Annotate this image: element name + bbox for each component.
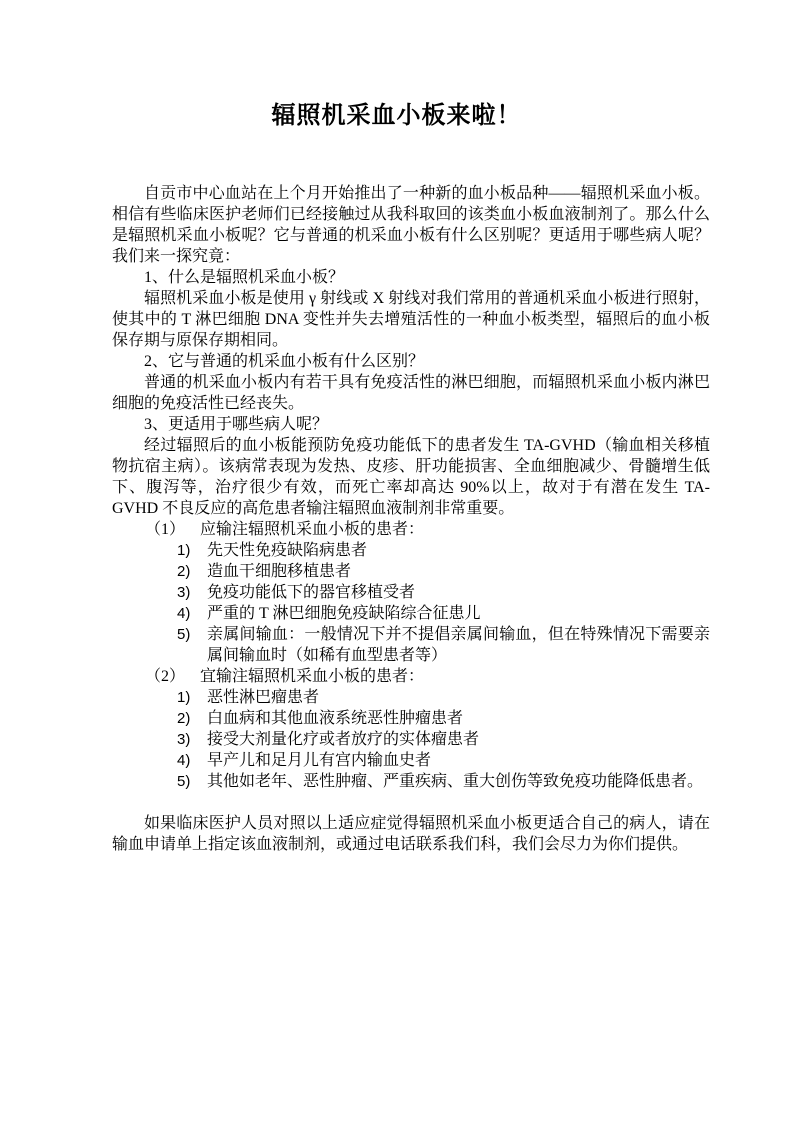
list-item-marker: 3) bbox=[177, 729, 207, 750]
list-item-marker: 4) bbox=[177, 750, 207, 771]
list-item: 2) 白血病和其他血液系统恶性肿瘤患者 bbox=[177, 708, 710, 729]
list-item-marker: 2) bbox=[177, 708, 207, 729]
intro-paragraph: 自贡市中心血站在上个月开始推出了一种新的血小板品种——辐照机采血小板。相信有些临… bbox=[112, 183, 710, 267]
section-3-heading: 3、更适用于哪些病人呢？ bbox=[112, 414, 710, 435]
list-item: 1) 先天性免疫缺陷病患者 bbox=[177, 540, 710, 561]
list-item-marker: 5) bbox=[177, 624, 207, 666]
list-item-text: 早产儿和足月儿有宫内输血史者 bbox=[207, 750, 710, 771]
list-item: 4) 早产儿和足月儿有宫内输血史者 bbox=[177, 750, 710, 771]
list-item: 1) 恶性淋巴瘤患者 bbox=[177, 687, 710, 708]
list-item-text: 亲属间输血：一般情况下并不提倡亲属间输血，但在特殊情况下需要亲属间输血时（如稀有… bbox=[207, 624, 710, 666]
document-body: 自贡市中心血站在上个月开始推出了一种新的血小板品种——辐照机采血小板。相信有些临… bbox=[112, 183, 710, 855]
document-page: 辐照机采血小板来啦！ 自贡市中心血站在上个月开始推出了一种新的血小板品种——辐照… bbox=[0, 0, 793, 1122]
list-item-text: 造血干细胞移植患者 bbox=[207, 561, 710, 582]
list-item-text: 接受大剂量化疗或者放疗的实体瘤患者 bbox=[207, 729, 710, 750]
document-title: 辐照机采血小板来啦！ bbox=[0, 0, 793, 132]
list-item: 5) 亲属间输血：一般情况下并不提倡亲属间输血，但在特殊情况下需要亲属间输血时（… bbox=[177, 624, 710, 666]
list-1-marker: （1） bbox=[145, 519, 200, 540]
list-item: 3) 免疫功能低下的器官移植受者 bbox=[177, 582, 710, 603]
list-item-marker: 4) bbox=[177, 603, 207, 624]
list-item: 2) 造血干细胞移植患者 bbox=[177, 561, 710, 582]
list-2-marker: （2） bbox=[145, 666, 200, 687]
list-item-marker: 2) bbox=[177, 561, 207, 582]
section-2-body: 普通的机采血小板内有若干具有免疫活性的淋巴细胞，而辐照机采血小板内淋巴细胞的免疫… bbox=[112, 372, 710, 414]
list-2-header: （2） 宜输注辐照机采血小板的患者： bbox=[145, 666, 710, 687]
list-item-marker: 5) bbox=[177, 771, 207, 792]
list-1-header: （1） 应输注辐照机采血小板的患者： bbox=[145, 519, 710, 540]
list-item-text: 严重的 T 淋巴细胞免疫缺陷综合征患儿 bbox=[207, 603, 710, 624]
section-3-body: 经过辐照后的血小板能预防免疫功能低下的患者发生 TA-GVHD（输血相关移植物抗… bbox=[112, 435, 710, 519]
list-item-marker: 3) bbox=[177, 582, 207, 603]
list-item: 3) 接受大剂量化疗或者放疗的实体瘤患者 bbox=[177, 729, 710, 750]
list-item: 4) 严重的 T 淋巴细胞免疫缺陷综合征患儿 bbox=[177, 603, 710, 624]
list-item-text: 恶性淋巴瘤患者 bbox=[207, 687, 710, 708]
list-2-label: 宜输注辐照机采血小板的患者： bbox=[200, 666, 424, 687]
list-1-label: 应输注辐照机采血小板的患者： bbox=[200, 519, 424, 540]
list-item: 5) 其他如老年、恶性肿瘤、严重疾病、重大创伤等致免疫功能降低患者。 bbox=[177, 771, 710, 792]
section-2-heading: 2、它与普通的机采血小板有什么区别？ bbox=[112, 351, 710, 372]
section-1-body: 辐照机采血小板是使用 γ 射线或 X 射线对我们常用的普通机采血小板进行照射，使… bbox=[112, 288, 710, 351]
closing-paragraph: 如果临床医护人员对照以上适应症觉得辐照机采血小板更适合自己的病人，请在输血申请单… bbox=[112, 813, 710, 855]
list-item-text: 免疫功能低下的器官移植受者 bbox=[207, 582, 710, 603]
list-item-text: 其他如老年、恶性肿瘤、严重疾病、重大创伤等致免疫功能降低患者。 bbox=[207, 771, 710, 792]
list-item-text: 白血病和其他血液系统恶性肿瘤患者 bbox=[207, 708, 710, 729]
list-item-marker: 1) bbox=[177, 540, 207, 561]
list-item-marker: 1) bbox=[177, 687, 207, 708]
section-1-heading: 1、什么是辐照机采血小板？ bbox=[112, 267, 710, 288]
list-item-text: 先天性免疫缺陷病患者 bbox=[207, 540, 710, 561]
